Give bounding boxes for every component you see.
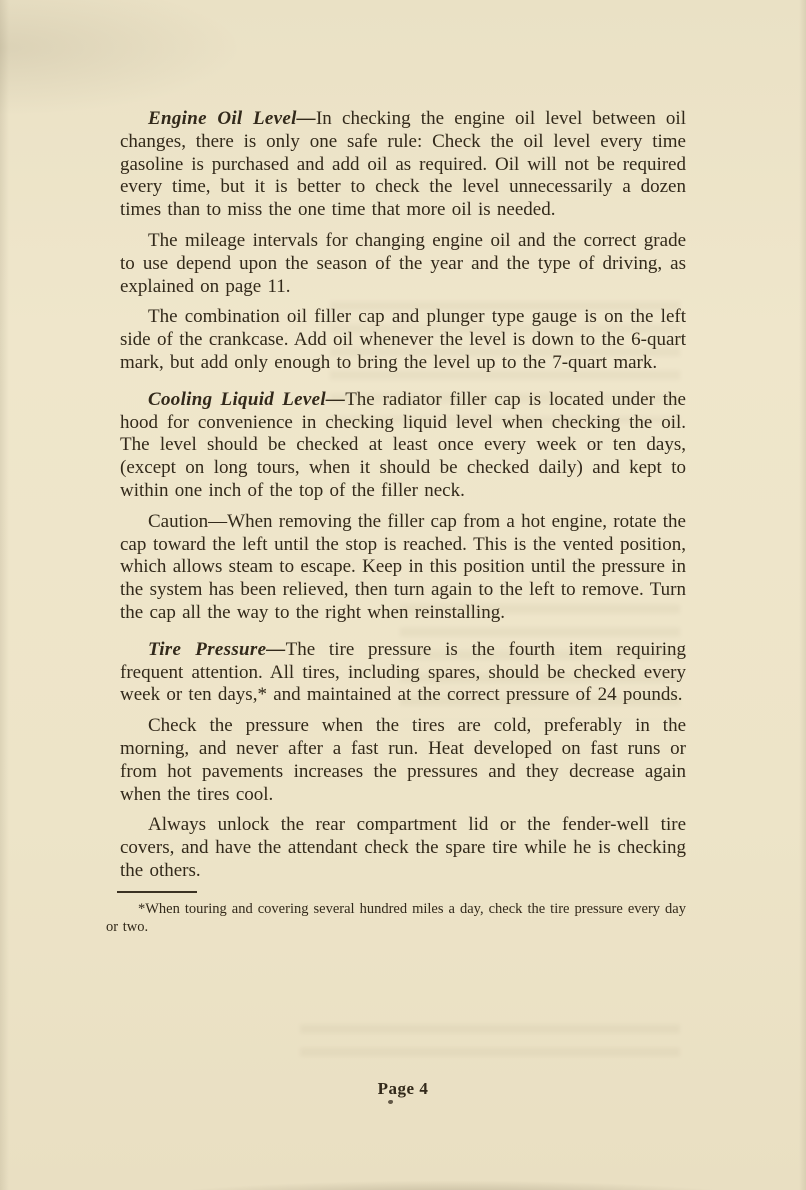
- paragraph-engine-oil-level: Engine Oil Level—In checking the engine …: [120, 108, 686, 222]
- heading-tire-pressure: Tire Pressure—: [148, 639, 286, 660]
- heading-engine-oil-level: Engine Oil Level—: [148, 108, 316, 129]
- footnote: *When touring and covering several hundr…: [106, 900, 686, 937]
- paragraph-body: Caution—When removing the filler cap fro…: [120, 511, 686, 623]
- paragraph-check-pressure-cold: Check the pressure when the tires are co…: [120, 715, 686, 806]
- page-content: Engine Oil Level—In checking the engine …: [120, 0, 686, 937]
- paragraph-body: Check the pressure when the tires are co…: [120, 715, 686, 804]
- paragraph-oil-change-intervals: The mileage intervals for changing engin…: [120, 230, 686, 298]
- paragraph-body: The mileage intervals for changing engin…: [120, 230, 686, 297]
- ghost-text-showthrough: [300, 1018, 680, 1066]
- footnote-divider: [117, 891, 197, 893]
- scanned-manual-page: Engine Oil Level—In checking the engine …: [0, 0, 806, 1190]
- paragraph-caution-filler-cap: Caution—When removing the filler cap fro…: [120, 511, 686, 625]
- paragraph-spare-tire: Always unlock the rear compartment lid o…: [120, 814, 686, 882]
- ink-speck: [388, 1100, 393, 1104]
- page-number: Page 4: [0, 1079, 806, 1099]
- paragraph-cooling-liquid-level: Cooling Liquid Level—The radiator filler…: [120, 389, 686, 503]
- paragraph-body: The combination oil filler cap and plung…: [120, 306, 686, 373]
- paragraph-tire-pressure: Tire Pressure—The tire pressure is the f…: [120, 639, 686, 707]
- heading-cooling-liquid-level: Cooling Liquid Level—: [148, 389, 345, 410]
- paragraph-oil-filler-cap: The combination oil filler cap and plung…: [120, 306, 686, 374]
- paragraph-body: Always unlock the rear compartment lid o…: [120, 814, 686, 881]
